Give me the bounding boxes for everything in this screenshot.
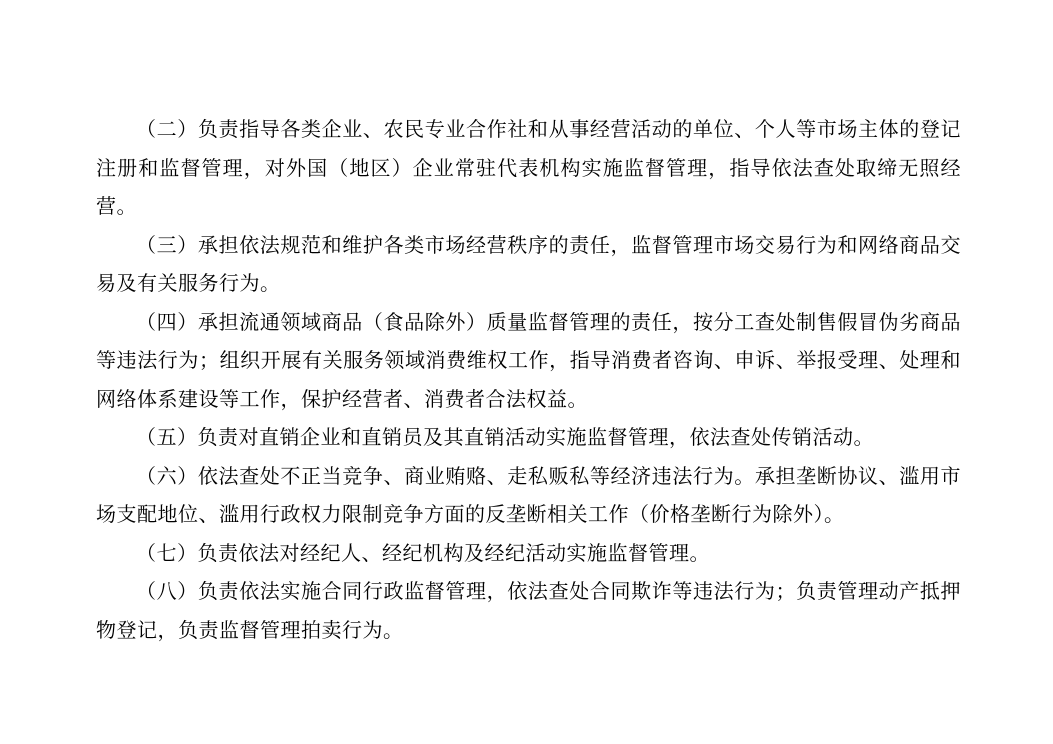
paragraph-item-7: （七）负责依法对经纪人、经纪机构及经纪活动实施监督管理。: [96, 535, 961, 574]
paragraph-item-4: （四）承担流通领域商品（食品除外）质量监督管理的责任，按分工查处制售假冒伪劣商品…: [96, 304, 961, 420]
paragraph-item-6: （六）依法查处不正当竞争、商业贿赂、走私贩私等经济违法行为。承担垄断协议、滥用市…: [96, 458, 961, 535]
paragraph-item-3: （三）承担依法规范和维护各类市场经营秩序的责任，监督管理市场交易行为和网络商品交…: [96, 227, 961, 304]
document-page: （二）负责指导各类企业、农民专业合作社和从事经营活动的单位、个人等市场主体的登记…: [0, 0, 1053, 744]
paragraph-item-2: （二）负责指导各类企业、农民专业合作社和从事经营活动的单位、个人等市场主体的登记…: [96, 111, 961, 227]
paragraph-item-5: （五）负责对直销企业和直销员及其直销活动实施监督管理，依法查处传销活动。: [96, 419, 961, 458]
paragraph-item-8: （八）负责依法实施合同行政监督管理，依法查处合同欺诈等违法行为；负责管理动产抵押…: [96, 573, 961, 650]
document-text-block: （二）负责指导各类企业、农民专业合作社和从事经营活动的单位、个人等市场主体的登记…: [96, 111, 961, 650]
